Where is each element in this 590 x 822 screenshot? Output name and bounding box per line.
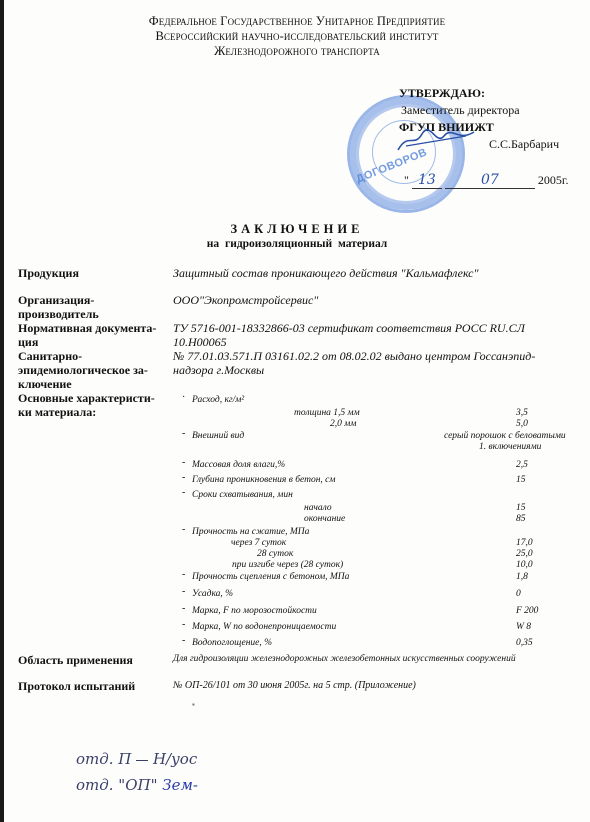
handwritten-note-2: отд. "ОП" Зем- [76,776,198,794]
document-subtitle: на гидроизоляционный материал [4,238,590,250]
handwritten-note-1: отд. П Н/уос [76,750,197,768]
char-compression-28d-value: 25,0 [516,549,533,559]
char-absorption: Водопоглощение, % [192,638,272,649]
label-product: Продукция [18,266,79,280]
char-consumption-sub-2: 2,0 мм [330,419,356,430]
stray-mark: ▪ [192,700,195,709]
char-adhesion: Прочность сцепления с бетоном, МПа [192,572,349,583]
char-setting-end: окончание [304,514,345,525]
label-sanitary-2: эпидемиологическое за- [18,363,148,377]
char-appearance-value-1: серый порошок с беловатыми [444,431,566,442]
value-sanitary-2: надзора г.Москвы [173,363,264,377]
char-bending-value: 10,0 [516,560,533,570]
document-title: ЗАКЛЮЧЕНИЕ [4,222,590,237]
label-normative-2: ция [18,335,38,349]
char-water-resist-value: W 8 [516,622,531,632]
approval-position: Заместитель директора [401,102,559,119]
value-normative-2: 10.Н00065 [173,335,227,349]
char-compression-7d-value: 17,0 [516,538,533,548]
date-year: 2005г. [538,173,569,187]
label-normative-1: Нормативная документа- [18,321,156,335]
char-appearance: Внешний вид [192,431,244,442]
char-compression-7d: через 7 суток [231,538,286,549]
char-water-resist: Марка, W по водонепроницаемости [192,622,336,633]
approval-date: " 13 07 2005г. [404,172,568,189]
label-manufacturer-1: Организация- [18,293,94,307]
char-penetration: Глубина проникновения в бетон, см [192,475,335,486]
char-compression-28d: 28 суток [257,549,293,560]
header-line-1: Федеральное Государственное Унитарное Пр… [4,14,590,29]
label-manufacturer-2: производитель [18,307,99,321]
char-consumption-sub-1-value: 3,5 [516,408,528,418]
header-line-2: Всероссийский научно-исследовательский и… [4,29,590,44]
char-appearance-value-2: 1. включениями [479,442,541,453]
char-consumption-sub-2-value: 5,0 [516,419,528,429]
label-sanitary-1: Санитарно- [18,349,82,363]
char-consumption: Расход, кг/м² [192,395,244,406]
date-day: 13 [418,172,436,188]
value-sanitary-1: № 77.01.03.571.П 03161.02.2 от 08.02.02 … [173,349,535,363]
signature-icon [396,128,476,152]
org-header: Федеральное Государственное Унитарное Пр… [4,14,590,59]
char-setting-start: начало [304,503,332,514]
char-penetration-value: 15 [516,475,526,485]
char-absorption-value: 0,35 [516,638,533,648]
char-moisture-value: 2,5 [516,460,528,470]
char-shrinkage: Усадка, % [192,589,233,600]
char-moisture: Массовая доля влаги,% [192,460,285,471]
label-application: Область применения [18,653,133,667]
label-protocol: Протокол испытаний [18,679,135,693]
char-adhesion-value: 1,8 [516,572,528,582]
value-manufacturer: ООО"Экопромстройсервис" [173,293,318,307]
value-product: Защитный состав проникающего действия "К… [173,266,479,280]
value-application: Для гидроизоляции железнодорожных железо… [173,654,516,665]
char-compression: Прочность на сжатие, МПа [192,527,309,538]
char-shrinkage-value: 0 [516,589,521,599]
value-normative-1: ТУ 5716-001-18332866-03 сертификат соотв… [173,321,525,335]
value-protocol: № ОП-26/101 от 30 июня 2005г. на 5 стр. … [173,680,416,691]
char-setting: Сроки схватывания, мин [192,490,293,501]
char-frost-value: F 200 [516,606,538,616]
char-frost: Марка, F по морозостойкости [192,606,317,617]
approval-heading: УТВЕРЖДАЮ: [399,85,559,102]
char-setting-end-value: 85 [516,514,526,524]
char-bending: при изгибе через (28 суток) [232,560,343,571]
label-sanitary-3: ключение [18,377,72,391]
approval-signer: С.С.Барбарич [489,136,559,153]
header-line-3: Железнодорожного транспорта [4,44,590,59]
label-characteristics-2: ки материала: [18,405,96,419]
date-month: 07 [481,172,499,188]
document-page: Федеральное Государственное Унитарное Пр… [4,0,590,822]
char-consumption-sub-1: толщина 1,5 мм [294,408,360,419]
char-setting-start-value: 15 [516,503,526,513]
label-characteristics-1: Основные характеристи- [18,391,155,405]
